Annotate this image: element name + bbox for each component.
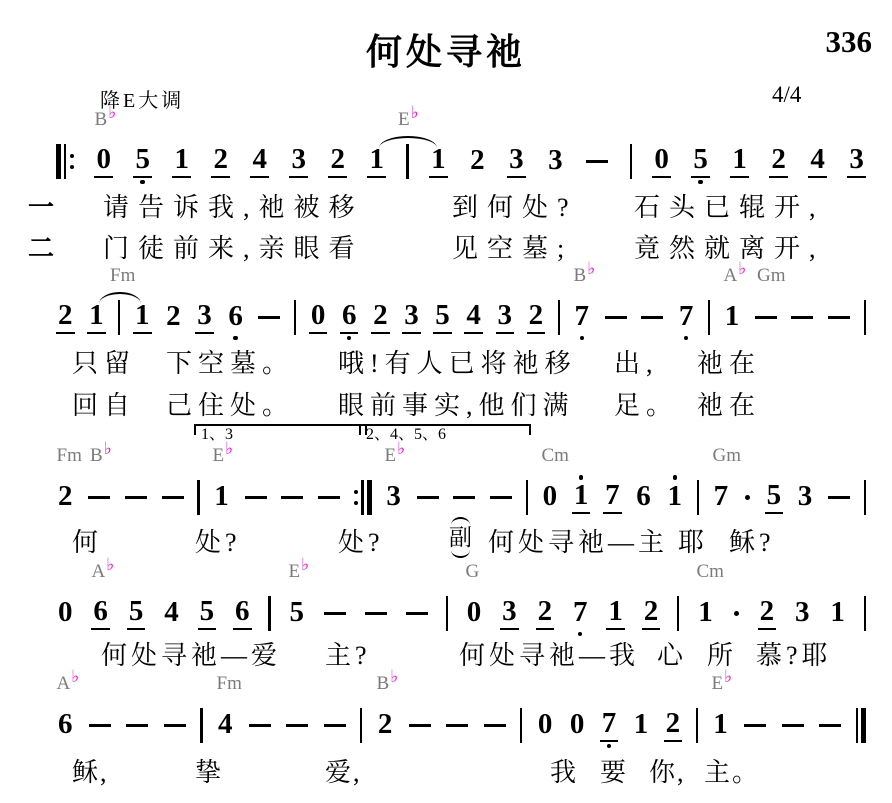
octave-dot-low — [578, 632, 583, 637]
chord-label: Fm — [57, 446, 82, 465]
dash-stroke — [755, 316, 777, 319]
jianpu-note: 2 — [56, 472, 75, 524]
jianpu-note: 0 — [56, 588, 75, 640]
duration-dash — [818, 700, 842, 752]
barline-stroke — [446, 596, 448, 631]
duration-dash — [408, 700, 432, 752]
jianpu-note: 4 — [216, 700, 235, 752]
chord-zone — [56, 446, 866, 472]
dash-stroke — [125, 496, 147, 499]
note-number: 2 — [642, 597, 661, 630]
dash-stroke — [89, 724, 111, 727]
lyric-text: 处? — [338, 527, 384, 560]
barline-stroke — [677, 596, 679, 631]
lyric-text: 我 — [550, 757, 578, 790]
jianpu-note: 2 — [56, 292, 75, 344]
jianpu-note: 2 — [468, 136, 487, 188]
jianpu-note: 3 — [289, 136, 308, 188]
lyrics-row: 回自己住处。眼前事实,他们满足。祂在 — [0, 390, 892, 430]
note-number: 2 — [664, 709, 683, 742]
lyric-text: 一 — [28, 192, 63, 225]
note-number: 1 — [696, 598, 715, 629]
lyric-text: 石头已辊开, — [634, 192, 825, 225]
chord-label: B♭ — [90, 446, 112, 465]
note-number: 6 — [56, 710, 75, 741]
jianpu-note: 2 — [536, 588, 555, 640]
jianpu-note: 5 — [198, 588, 217, 640]
dot-glyph — [745, 495, 750, 500]
duration-dash — [323, 588, 347, 640]
barline — [864, 292, 866, 344]
jianpu-note: 7 — [571, 588, 590, 640]
hymn-number: 336 — [826, 24, 873, 60]
jianpu-note: 2 — [758, 588, 777, 640]
lyric-text: 二 — [28, 233, 63, 266]
lyric-text: 要 — [600, 757, 628, 790]
barline-stroke — [861, 708, 866, 743]
jianpu-note: 3 — [500, 588, 519, 640]
jianpu-note: 1 — [696, 588, 715, 640]
note-number: 7 — [571, 598, 590, 629]
barline-stroke — [864, 596, 866, 631]
jianpu-note: 3 — [496, 292, 515, 344]
duration-dash — [781, 700, 805, 752]
lyric-text: 门徒前来,亲眼看 — [103, 233, 364, 266]
jianpu-note: 2 — [371, 292, 390, 344]
note-number: 7 — [712, 482, 731, 513]
note-number: 0 — [536, 710, 555, 741]
jianpu-note: 1 — [172, 136, 191, 188]
octave-dot-low — [140, 180, 145, 185]
dash-stroke — [586, 160, 608, 163]
barline — [864, 588, 866, 640]
chord-label: Cm — [542, 446, 569, 465]
barline-stroke — [406, 144, 408, 179]
flat-icon: ♭ — [104, 439, 112, 458]
note-number: 2 — [328, 145, 347, 178]
music-system: 21123606235432771FmB♭A♭Gm — [56, 266, 866, 344]
duration-dash — [405, 588, 429, 640]
barline — [526, 472, 528, 524]
dash-stroke — [258, 316, 280, 319]
note-number: 2 — [769, 145, 788, 178]
jianpu-note: 4 — [250, 136, 269, 188]
note-number: 1 — [828, 598, 847, 629]
augmentation-dot — [743, 472, 752, 524]
jianpu-note: 1 — [606, 588, 625, 640]
duration-dash — [489, 472, 513, 524]
note-number: 3 — [500, 597, 519, 630]
jianpu-note: 1 — [666, 472, 685, 524]
duration-dash — [604, 292, 628, 344]
note-number: 5 — [133, 145, 152, 178]
note-number: 1 — [172, 145, 191, 178]
note-row: 051243211233051243 — [56, 136, 866, 188]
lyric-text: 何 — [72, 527, 102, 560]
final-barline — [856, 700, 866, 752]
dash-stroke — [281, 496, 303, 499]
note-number: 2 — [56, 301, 75, 334]
jianpu-note: 1 — [632, 700, 651, 752]
duration-dash — [585, 136, 609, 188]
dash-stroke — [641, 316, 663, 319]
jianpu-note: 4 — [162, 588, 181, 640]
duration-dash — [743, 700, 767, 752]
barline — [558, 292, 560, 344]
duration-dash — [161, 472, 185, 524]
duration-dash — [124, 472, 148, 524]
barline — [864, 472, 866, 524]
jianpu-note: 2 — [527, 292, 546, 344]
note-number: 1 — [606, 597, 625, 630]
duration-dash — [257, 292, 281, 344]
lyric-text: 回自 — [72, 390, 136, 423]
note-number: 1 — [711, 710, 730, 741]
lyric-text: 你, — [649, 757, 686, 790]
jianpu-note: 1 — [828, 588, 847, 640]
barline — [696, 700, 698, 752]
augmentation-dot — [732, 588, 741, 640]
note-number: 7 — [573, 302, 592, 333]
barline — [630, 136, 632, 188]
note-number: 1 — [572, 481, 591, 514]
lyric-text: 稣? — [729, 527, 775, 560]
note-number: 2 — [468, 146, 487, 177]
note-number: 2 — [211, 145, 230, 178]
octave-dot-low — [233, 336, 238, 341]
barline-stroke — [520, 708, 522, 743]
dash-stroke — [819, 724, 841, 727]
barline-stroke — [367, 480, 372, 515]
barline-stroke — [200, 708, 202, 743]
note-number: 3 — [847, 145, 866, 178]
octave-dot-low — [580, 336, 585, 341]
note-number: 4 — [250, 145, 269, 178]
lyrics-row: 何处?处?副何处寻祂—主耶稣? — [0, 527, 892, 567]
duration-dash — [754, 292, 778, 344]
lyric-text: 竟然就离开, — [634, 233, 825, 266]
jianpu-note: 3 — [195, 292, 214, 344]
jianpu-note: 6 — [634, 472, 653, 524]
note-number: 0 — [652, 145, 671, 178]
duration-dash — [88, 700, 112, 752]
chord-label: B♭ — [95, 110, 117, 129]
jianpu-note: 2 — [164, 292, 183, 344]
jianpu-note: 5 — [133, 136, 152, 188]
note-number: 5 — [691, 145, 710, 178]
dash-stroke — [791, 316, 813, 319]
jianpu-note: 0 — [541, 472, 560, 524]
chord-label: E♭ — [398, 110, 419, 129]
jianpu-note: 5 — [288, 588, 307, 640]
lyric-text: 何处寻祂—爱 — [101, 640, 281, 673]
chord-zone — [56, 110, 866, 136]
octave-dot-low — [607, 744, 612, 749]
duration-dash — [445, 700, 469, 752]
barline — [294, 292, 296, 344]
lyric-text: 祂在 — [697, 348, 761, 381]
arc-bottom — [451, 550, 470, 558]
barline-stroke — [708, 300, 710, 335]
note-number: 4 — [464, 301, 483, 334]
jianpu-note: 1 — [572, 472, 591, 524]
lyrics-row: 二门徒前来,亲眼看见空墓;竟然就离开, — [0, 233, 892, 273]
lyric-text: 何处寻祂—我 — [459, 640, 639, 673]
lyric-text: 主? — [325, 640, 371, 673]
note-number: 2 — [758, 597, 777, 630]
note-number: 7 — [603, 481, 622, 514]
dash-stroke — [828, 496, 850, 499]
octave-dot-low — [684, 336, 689, 341]
barline-stroke — [64, 144, 66, 179]
note-row: 06545650327121231 — [56, 588, 866, 640]
dash-stroke — [484, 724, 506, 727]
jianpu-note: 6 — [226, 292, 245, 344]
lyric-text: 足。 — [614, 390, 678, 423]
note-number: 1 — [133, 301, 152, 334]
arc-top — [451, 517, 470, 525]
duration-dash — [163, 700, 187, 752]
dash-stroke — [406, 612, 428, 615]
note-number: 1 — [212, 482, 231, 513]
note-number: 3 — [195, 301, 214, 334]
note-number: 5 — [288, 598, 307, 629]
chord-label: E♭ — [213, 446, 234, 465]
dash-stroke — [286, 724, 308, 727]
dash-stroke — [249, 724, 271, 727]
dash-stroke — [605, 316, 627, 319]
jianpu-note: 2 — [769, 136, 788, 188]
duration-dash — [317, 472, 341, 524]
music-system: 06545650327121231A♭E♭GCm — [56, 562, 866, 640]
jianpu-note: 4 — [808, 136, 827, 188]
lyric-text: 稣, — [72, 757, 109, 790]
duration-dash — [323, 700, 347, 752]
dash-stroke — [409, 724, 431, 727]
note-number: 2 — [527, 301, 546, 334]
song-title: 何处寻祂 — [0, 24, 892, 75]
note-number: 5 — [127, 597, 146, 630]
note-number: 7 — [600, 709, 619, 742]
jianpu-note: 2 — [376, 700, 395, 752]
lyric-text: 所 — [707, 640, 737, 673]
note-number: 0 — [94, 145, 113, 178]
note-number: 0 — [568, 710, 587, 741]
duration-dash — [87, 472, 111, 524]
note-number: 1 — [429, 145, 448, 178]
jianpu-note: 7 — [600, 700, 619, 752]
barline-stroke — [856, 708, 858, 743]
music-system: 21301761753FmB♭E♭E♭CmGm1、32、4、5、6 — [56, 424, 866, 524]
dash-stroke — [828, 316, 850, 319]
lyric-text: 哦!有人已将祂移 — [338, 348, 577, 381]
barline-stroke — [526, 480, 528, 515]
lyric-text: 眼前事实,他们满 — [338, 390, 575, 423]
note-number: 4 — [162, 598, 181, 629]
note-number: 4 — [808, 145, 827, 178]
dash-stroke — [245, 496, 267, 499]
note-number: 7 — [677, 302, 696, 333]
note-number: 3 — [384, 482, 403, 513]
duration-dash — [790, 292, 814, 344]
note-number: 0 — [56, 598, 75, 629]
jianpu-note: 5 — [691, 136, 710, 188]
lyric-text: 己住处。 — [166, 390, 294, 423]
dash-stroke — [126, 724, 148, 727]
lyric-text: 祂在 — [697, 390, 761, 423]
jianpu-note: 5 — [765, 472, 784, 524]
lyrics-row: 何处寻祂—爱主?何处寻祂—我心所慕?耶 — [0, 640, 892, 680]
lyrics-row: 一请告诉我,祂被移到何处?石头已辊开, — [0, 192, 892, 232]
lyric-text: 耶 — [678, 527, 708, 560]
note-number: 3 — [546, 146, 565, 177]
jianpu-note: 6 — [233, 588, 252, 640]
duration-dash — [285, 700, 309, 752]
jianpu-note: 7 — [573, 292, 592, 344]
note-number: 6 — [91, 597, 110, 630]
lyric-text: 主。 — [704, 757, 760, 790]
barline-stroke — [558, 300, 560, 335]
jianpu-note: 6 — [91, 588, 110, 640]
lyric-text: 出, — [614, 348, 659, 381]
repeat-dots — [70, 145, 74, 179]
duration-dash — [827, 472, 851, 524]
jianpu-note: 3 — [384, 472, 403, 524]
jianpu-note: 1 — [711, 700, 730, 752]
duration-dash — [640, 292, 664, 344]
note-number: 1 — [367, 145, 386, 178]
jianpu-note: 2 — [328, 136, 347, 188]
jianpu-note: 1 — [730, 136, 749, 188]
lyric-text: 见空墓; — [452, 233, 573, 266]
note-number: 1 — [666, 482, 685, 513]
barline — [708, 292, 710, 344]
jianpu-note: 6 — [340, 292, 359, 344]
note-number: 1 — [723, 302, 742, 333]
barline-stroke — [294, 300, 296, 335]
music-system: 051243211233051243B♭E♭ — [56, 110, 866, 188]
note-number: 0 — [465, 598, 484, 629]
note-number: 5 — [198, 597, 217, 630]
barline-stroke — [864, 480, 866, 515]
chord-label: E♭ — [385, 446, 406, 465]
barline — [268, 588, 270, 640]
barline — [360, 700, 362, 752]
barline-stroke — [361, 480, 363, 515]
note-number: 2 — [536, 597, 555, 630]
barline-stroke — [56, 144, 61, 179]
lyric-text: 到何处? — [452, 192, 578, 225]
note-number: 6 — [634, 482, 653, 513]
barline — [200, 700, 202, 752]
lyric-text: 请告诉我,祂被移 — [103, 192, 364, 225]
duration-dash — [248, 700, 272, 752]
barline — [446, 588, 448, 640]
note-number: 3 — [507, 145, 526, 178]
duration-dash — [125, 700, 149, 752]
dash-stroke — [88, 496, 110, 499]
note-number: 6 — [233, 597, 252, 630]
note-number: 6 — [226, 302, 245, 333]
lyric-text: 何处寻祂—主 — [488, 527, 668, 560]
jianpu-note: 4 — [464, 292, 483, 344]
note-number: 2 — [376, 710, 395, 741]
lyric-text: 爱, — [325, 757, 362, 790]
music-system: 642007121A♭FmB♭E♭ — [56, 674, 866, 752]
jianpu-note: 5 — [127, 588, 146, 640]
barline — [677, 588, 679, 640]
note-number: 2 — [56, 482, 75, 513]
barline-stroke — [118, 300, 120, 335]
dash-stroke — [446, 724, 468, 727]
lyric-text: 处? — [195, 527, 241, 560]
note-number: 5 — [433, 301, 452, 334]
dot-glyph — [734, 611, 739, 616]
barline — [520, 700, 522, 752]
jianpu-note: 2 — [664, 700, 683, 752]
jianpu-note: 2 — [642, 588, 661, 640]
lyric-text: 挚 — [195, 757, 223, 790]
jianpu-note: 3 — [546, 136, 565, 188]
chord-label: Gm — [713, 446, 742, 465]
jianpu-note: 0 — [309, 292, 328, 344]
flat-icon: ♭ — [108, 103, 116, 122]
jianpu-note: 3 — [796, 472, 815, 524]
repeat-end-barline — [354, 472, 372, 524]
barline-stroke — [864, 300, 866, 335]
lyric-text: 心 — [657, 640, 687, 673]
dash-stroke — [490, 496, 512, 499]
jianpu-note: 0 — [94, 136, 113, 188]
dash-stroke — [318, 496, 340, 499]
duration-dash — [244, 472, 268, 524]
jianpu-note: 2 — [211, 136, 230, 188]
dash-stroke — [453, 496, 475, 499]
barline-stroke — [696, 708, 698, 743]
jianpu-note: 3 — [847, 136, 866, 188]
note-number: 2 — [164, 302, 183, 333]
dash-stroke — [162, 496, 184, 499]
barline-stroke — [697, 480, 699, 515]
jianpu-note: 1 — [723, 292, 742, 344]
flat-icon: ♭ — [411, 103, 419, 122]
repeat-dots — [354, 481, 358, 515]
repeat-start-barline — [56, 136, 74, 188]
duration-dash — [280, 472, 304, 524]
note-number: 3 — [289, 145, 308, 178]
jianpu-note: 0 — [465, 588, 484, 640]
octave-dot-low — [347, 336, 352, 341]
note-number: 3 — [402, 301, 421, 334]
note-number: 6 — [340, 301, 359, 334]
jianpu-note: 7 — [603, 472, 622, 524]
note-number: 0 — [541, 482, 560, 513]
lyrics-row: 只留下空墓。哦!有人已将祂移出,祂在 — [0, 348, 892, 388]
note-number: 3 — [793, 598, 812, 629]
jianpu-note: 3 — [793, 588, 812, 640]
dash-stroke — [324, 612, 346, 615]
note-number: 2 — [371, 301, 390, 334]
note-number: 3 — [496, 301, 515, 334]
barline-stroke — [197, 480, 199, 515]
dash-stroke — [744, 724, 766, 727]
jianpu-note: 7 — [677, 292, 696, 344]
note-number: 3 — [796, 482, 815, 513]
duration-dash — [483, 700, 507, 752]
dash-stroke — [164, 724, 186, 727]
note-number: 0 — [309, 301, 328, 334]
jianpu-note: 7 — [712, 472, 731, 524]
